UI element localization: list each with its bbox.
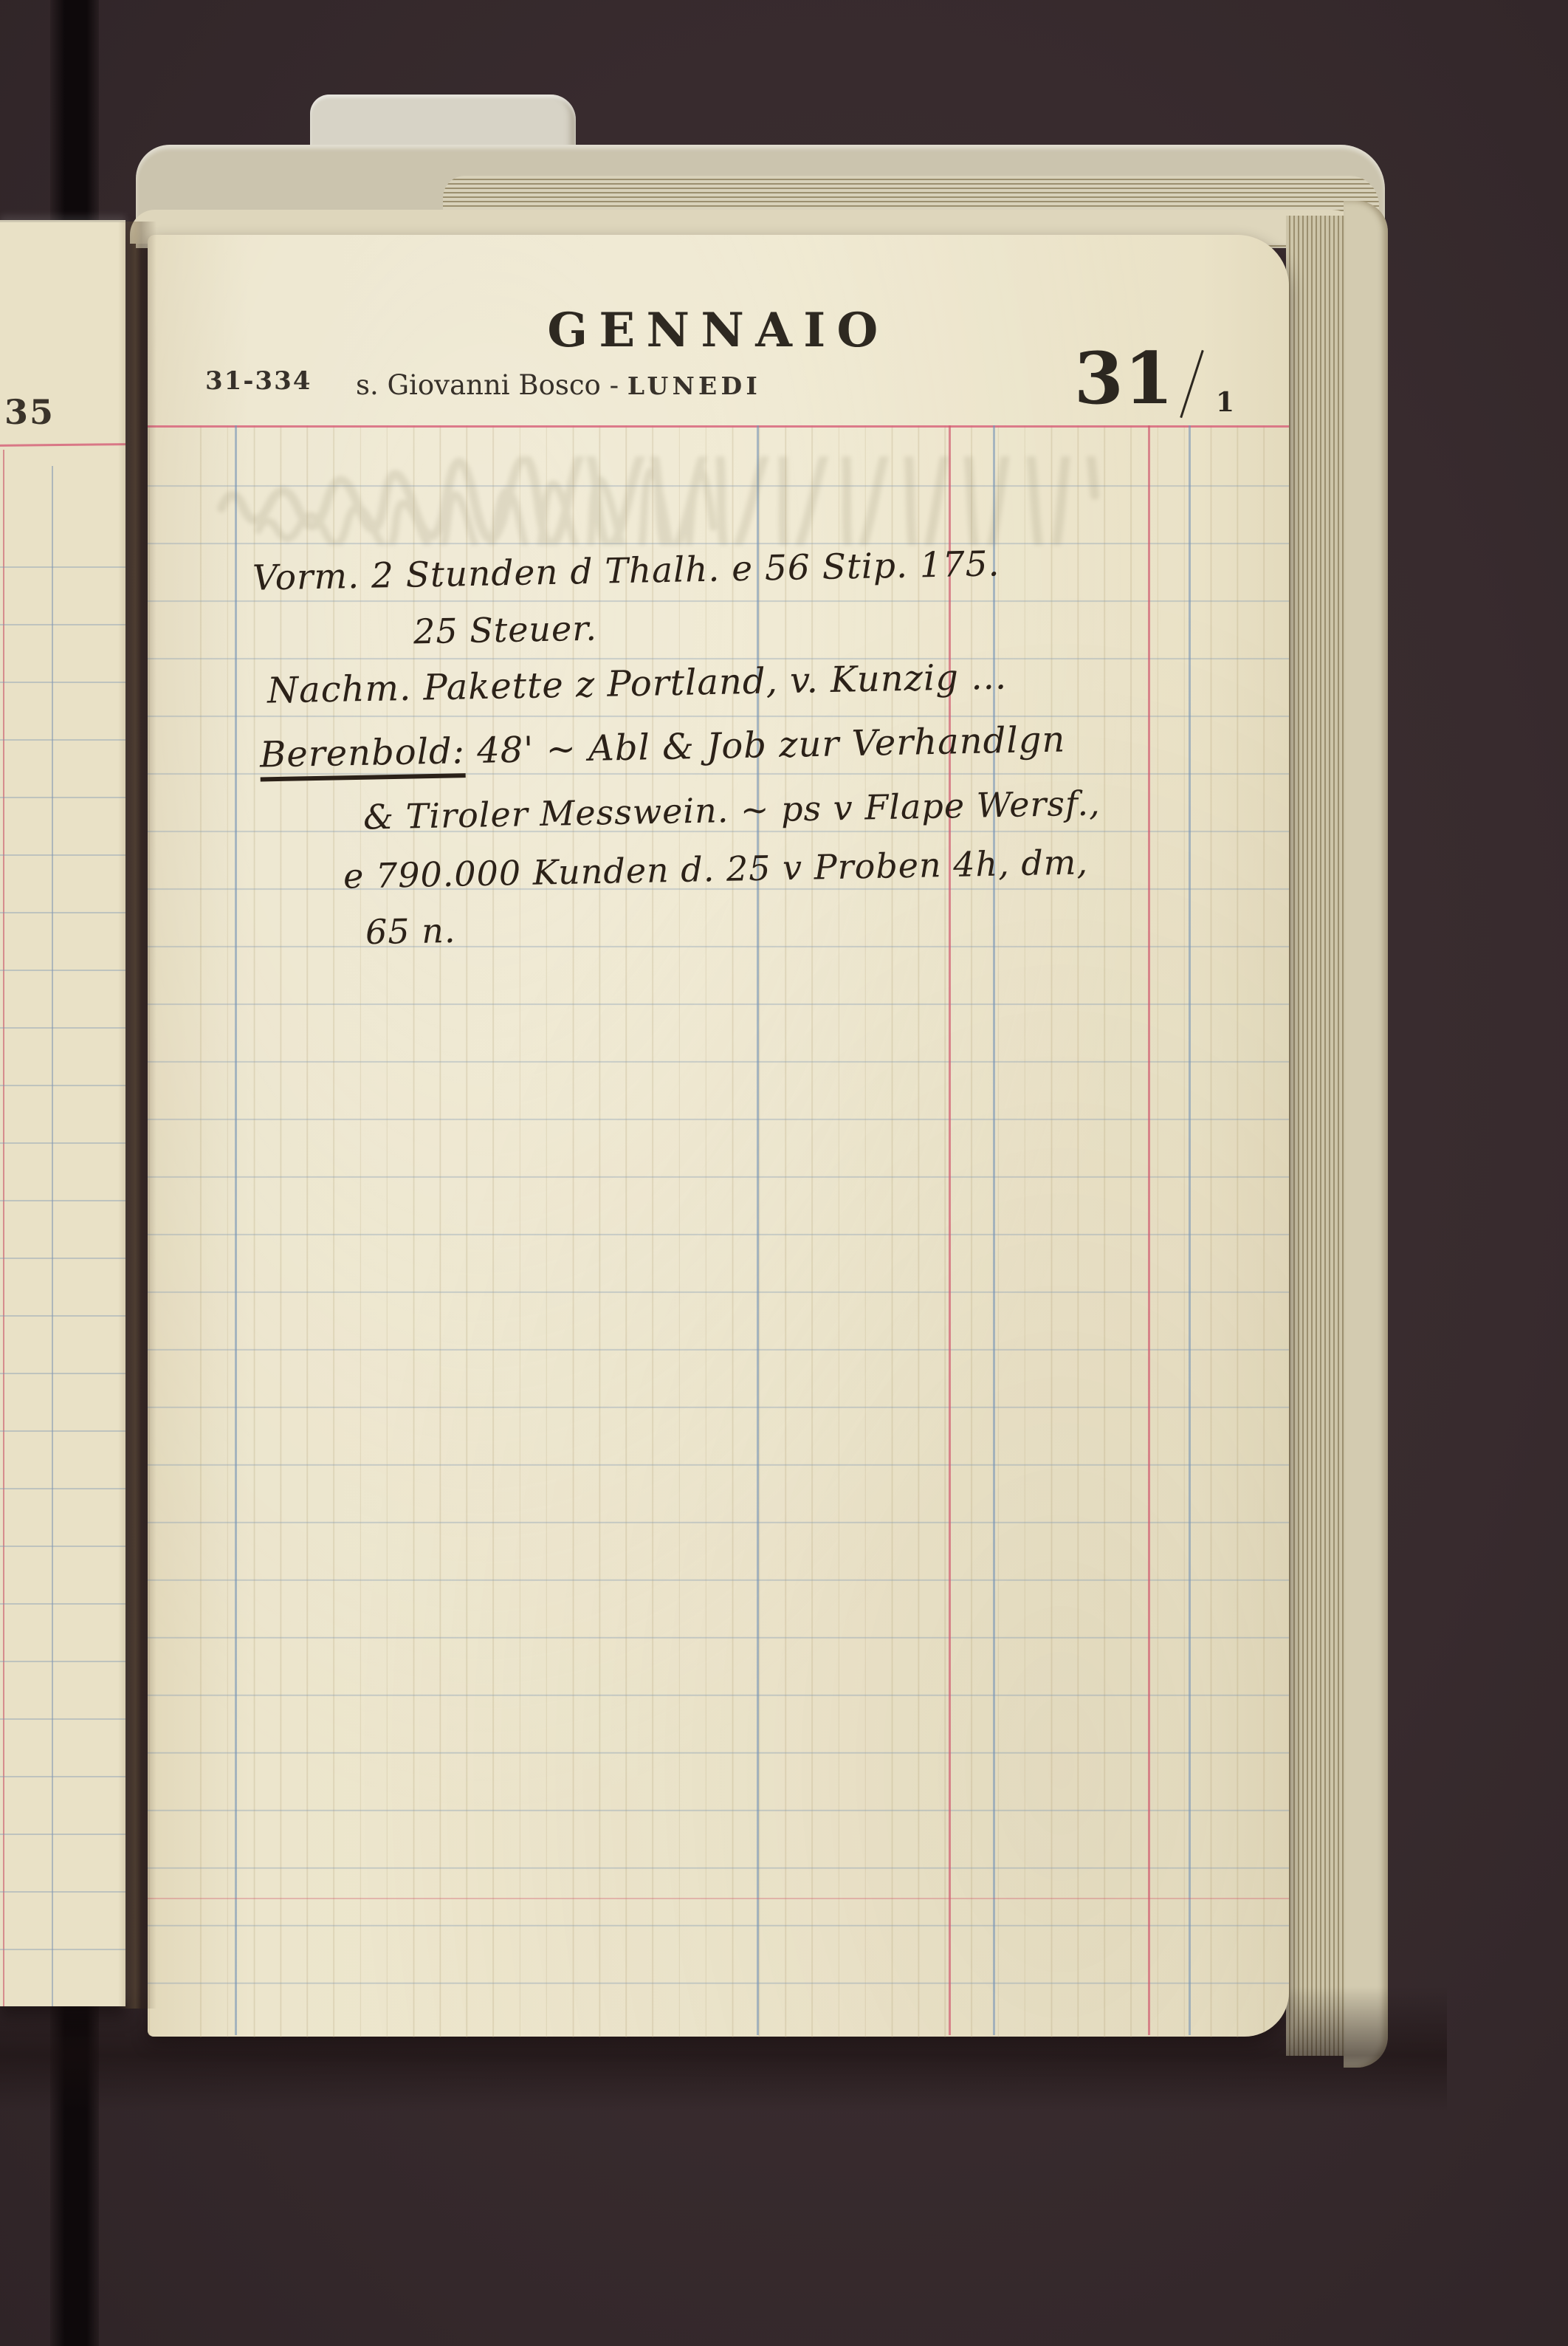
date-block: 31 1	[1074, 337, 1175, 420]
red-rule-2	[1148, 425, 1150, 2035]
day-number: 31	[1074, 337, 1175, 420]
handwritten-entry-2: 25 Steuer.	[413, 608, 598, 652]
diary-page: GENNAIO 31-334 s. Giovanni Bosco - LUNED…	[148, 235, 1289, 2037]
blue-rule-1	[235, 425, 237, 2035]
left-page-ruling	[0, 510, 125, 1999]
previous-page-sliver: 35	[0, 220, 125, 2006]
gutter-crease-shadow	[118, 222, 157, 2009]
weekday-name: LUNEDI	[627, 371, 761, 400]
bottom-red-rule	[148, 1898, 1289, 1899]
left-page-blue-margin	[52, 466, 53, 2006]
saint-day-separator: -	[610, 369, 619, 401]
handwritten-entry-7: 65 n.	[365, 910, 455, 952]
left-page-red-rule	[0, 443, 125, 447]
month-number: 1	[1216, 387, 1234, 418]
diary-photo: 35 GENNAIO 31-334 s. Giovanni Bosco - LU…	[0, 0, 1568, 2346]
ink-bleedthrough	[214, 456, 1248, 545]
saint-name: s. Giovanni Bosco	[356, 369, 601, 401]
underlined-name: Berenbold:	[260, 730, 466, 781]
left-page-number: 35	[4, 392, 55, 432]
blue-rule-4	[1189, 425, 1191, 2035]
right-page-stack-outer	[1344, 201, 1388, 2068]
right-page-stack-edges	[1286, 216, 1345, 2056]
saint-day-line: s. Giovanni Bosco - LUNEDI	[148, 369, 969, 401]
